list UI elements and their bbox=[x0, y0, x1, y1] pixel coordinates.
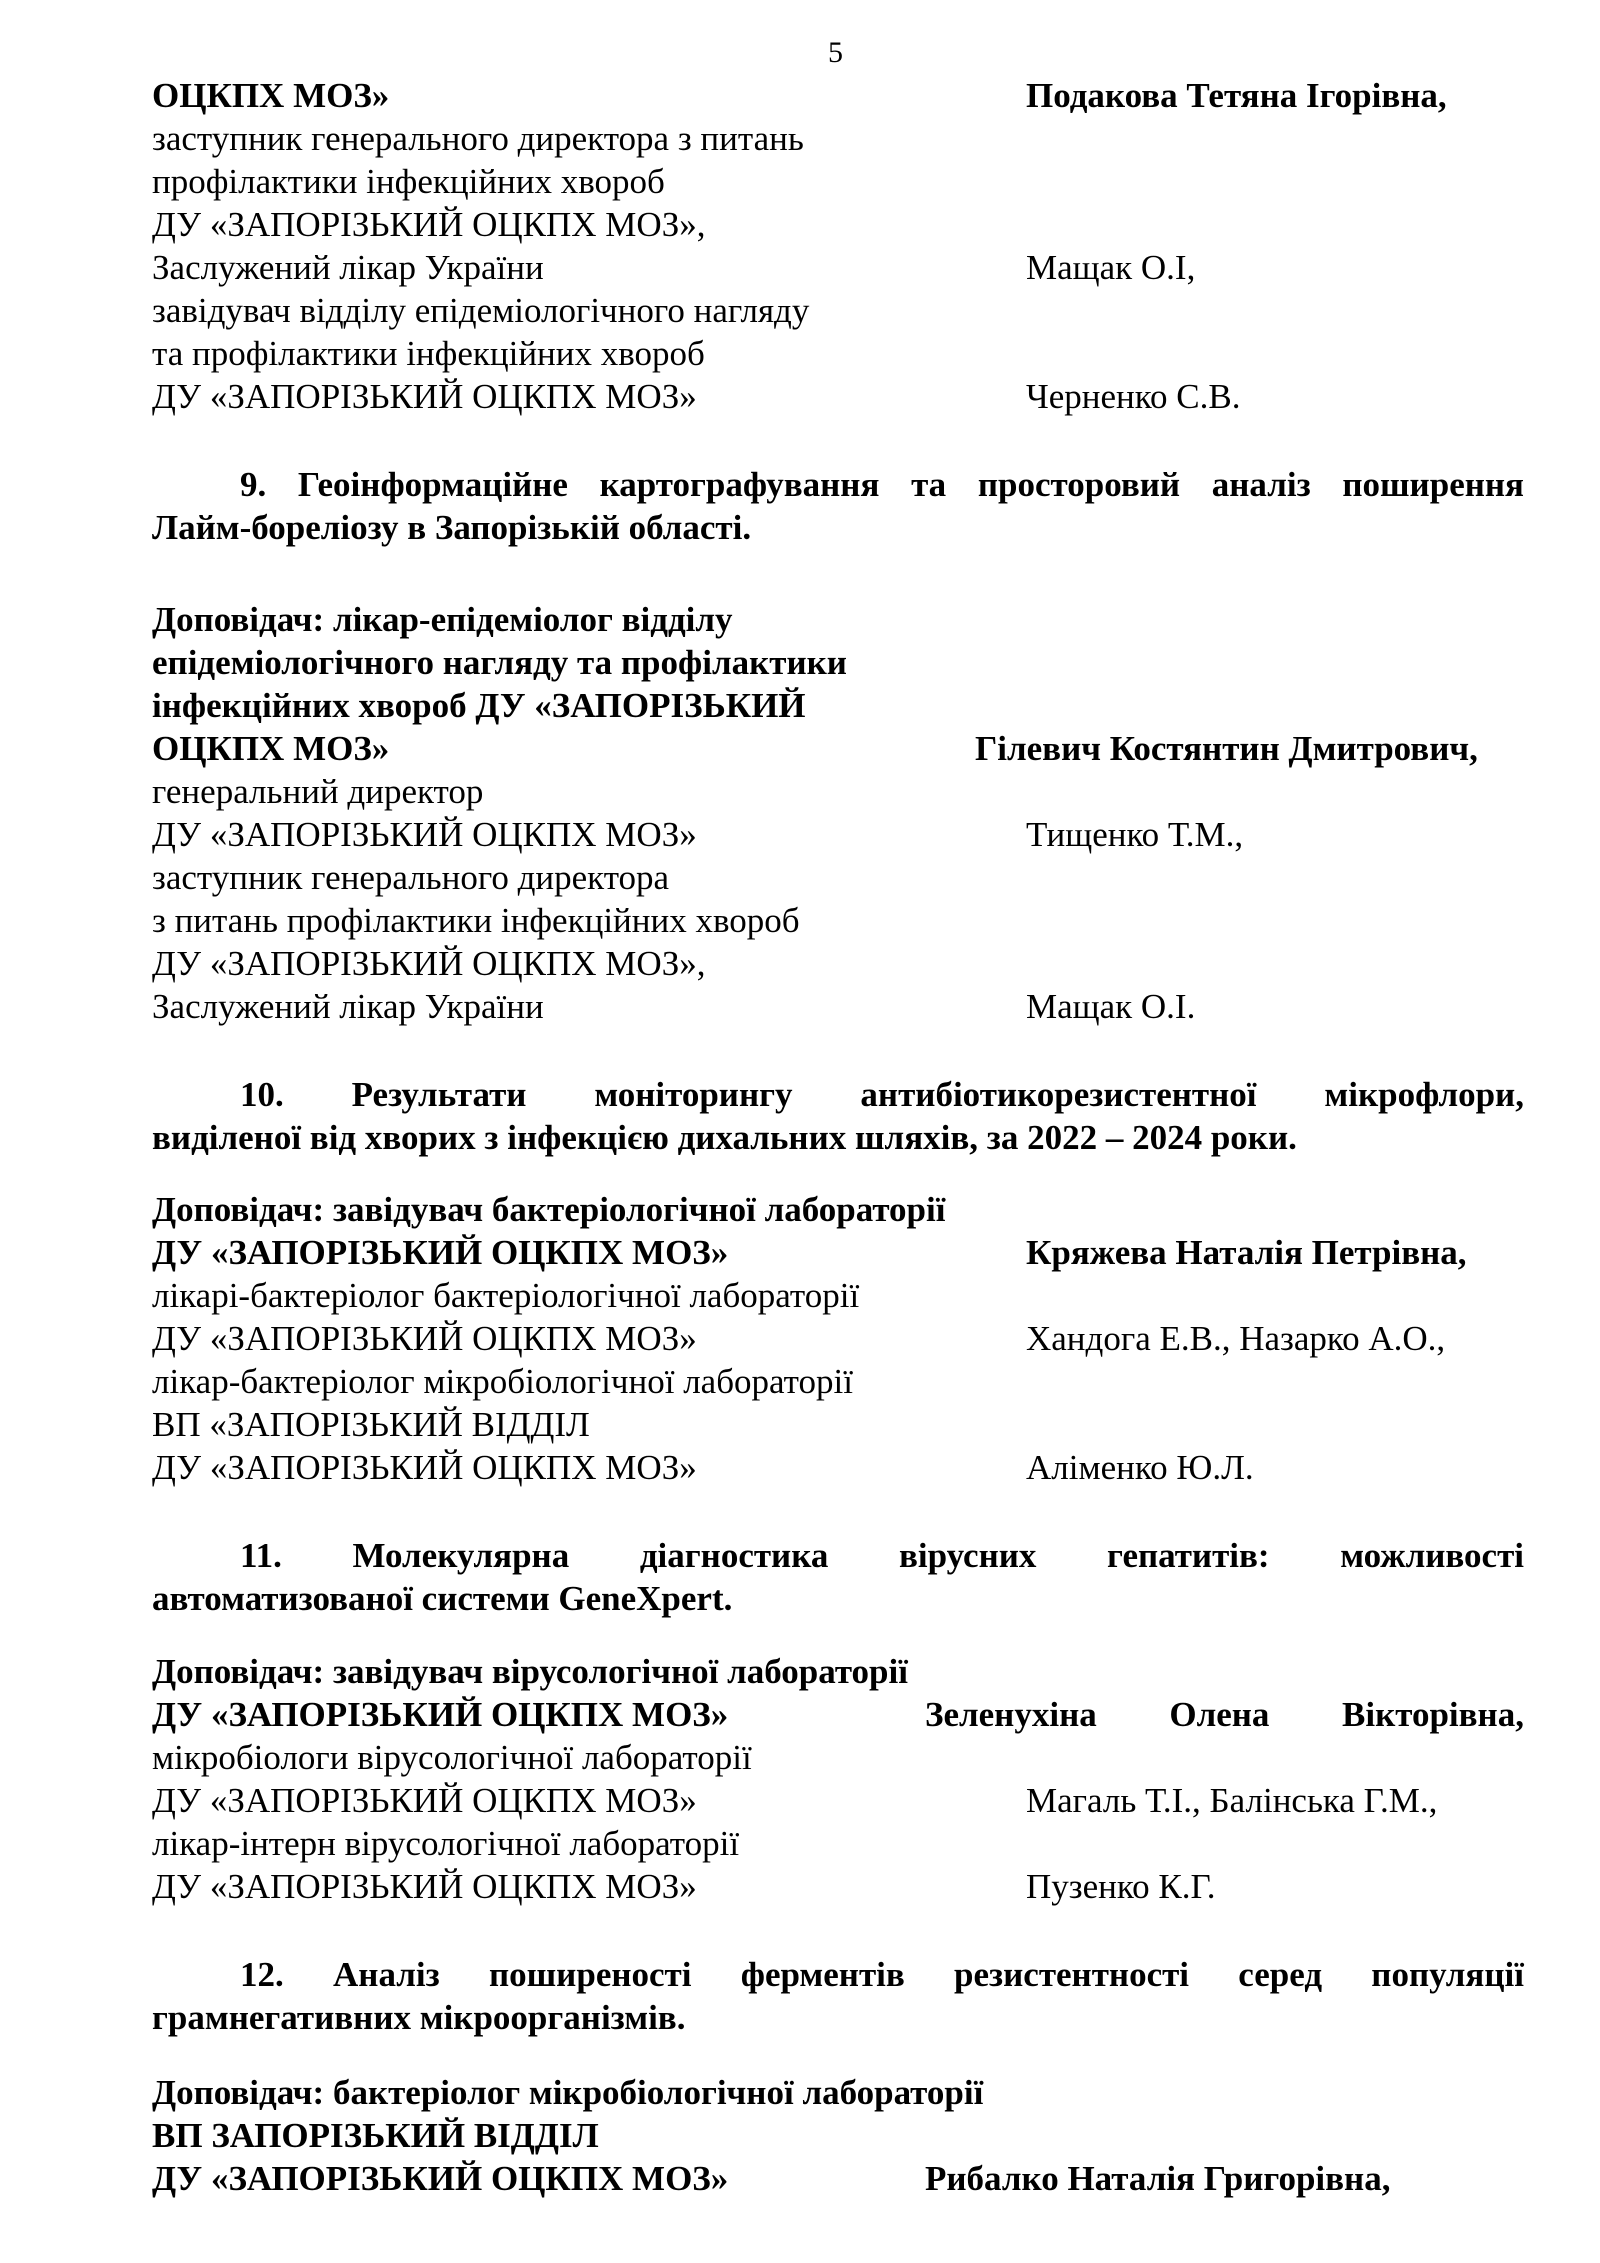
line: ДУ «ЗАПОРІЗЬКИЙ ОЦКПХ МОЗ» Хандога Е.В.,… bbox=[152, 1317, 1524, 1360]
line: генеральний директор bbox=[152, 770, 1524, 813]
line: ДУ «ЗАПОРІЗЬКИЙ ОЦКПХ МОЗ» Кряжева Натал… bbox=[152, 1231, 1524, 1274]
line: Доповідач: бактеріолог мікробіологічної … bbox=[152, 2071, 1524, 2114]
item-title-line2: виділеної від хворих з інфекцією дихальн… bbox=[152, 1116, 1524, 1159]
title-word: вірусних bbox=[899, 1534, 1036, 1577]
role: профілактики інфекційних хвороб bbox=[152, 160, 665, 203]
line: ДУ «ЗАПОРІЗЬКИЙ ОЦКПХ МОЗ» Аліменко Ю.Л. bbox=[152, 1446, 1524, 1489]
title-word: антибіотикорезистентної bbox=[860, 1073, 1256, 1116]
item-number: 12. bbox=[240, 1953, 284, 1996]
line: ДУ «ЗАПОРІЗЬКИЙ ОЦКПХ МОЗ», bbox=[152, 203, 1524, 246]
line: Доповідач: лікар-епідеміолог відділу bbox=[152, 598, 1524, 641]
line: з питань профілактики інфекційних хвороб bbox=[152, 899, 1524, 942]
role: лікар-бактеріолог мікробіологічної лабор… bbox=[152, 1360, 853, 1403]
title-word: картографування bbox=[600, 463, 880, 506]
organization: ДУ «ЗАПОРІЗЬКИЙ ОЦКПХ МОЗ», bbox=[152, 942, 705, 985]
title-word: Аналіз bbox=[333, 1953, 440, 1996]
organization: ДУ «ЗАПОРІЗЬКИЙ ОЦКПХ МОЗ» bbox=[152, 1779, 697, 1822]
role: заступник генерального директора з питан… bbox=[152, 117, 804, 160]
speaker-name: Подакова Тетяна Ігорівна, bbox=[1026, 74, 1447, 117]
line: ДУ «ЗАПОРІЗЬКИЙ ОЦКПХ МОЗ» Черненко С.В. bbox=[152, 375, 1524, 418]
title-text: виділеної від хворих з інфекцією дихальн… bbox=[152, 1116, 1297, 1159]
line: Доповідач: завідувач вірусологічної лабо… bbox=[152, 1650, 1524, 1693]
item-number: 9. bbox=[240, 463, 266, 506]
organization: ВП «ЗАПОРІЗЬКИЙ ВІДДІЛ bbox=[152, 1403, 590, 1446]
co-speaker-name: Черненко С.В. bbox=[1026, 375, 1240, 418]
line: ДУ «ЗАПОРІЗЬКИЙ ОЦКПХ МОЗ» Тищенко Т.М., bbox=[152, 813, 1524, 856]
organization: ВП ЗАПОРІЗЬКИЙ ВІДДІЛ bbox=[152, 2114, 599, 2157]
speaker-label: Доповідач: бактеріолог мікробіологічної … bbox=[152, 2071, 983, 2114]
co-speaker-name: Пузенко К.Г. bbox=[1026, 1865, 1215, 1908]
item-title-line1: 10. Результати моніторингу антибіотикоре… bbox=[152, 1073, 1524, 1116]
name-word: Вікторівна, bbox=[1342, 1693, 1524, 1736]
title-word: моніторингу bbox=[594, 1073, 792, 1116]
line: ВП ЗАПОРІЗЬКИЙ ВІДДІЛ bbox=[152, 2114, 1524, 2157]
line: профілактики інфекційних хвороб bbox=[152, 160, 1524, 203]
item-number: 11. bbox=[240, 1534, 282, 1577]
role: з питань профілактики інфекційних хвороб bbox=[152, 899, 800, 942]
co-speaker-name: Хандога Е.В., Назарко А.О., bbox=[1026, 1317, 1445, 1360]
line: завідувач відділу епідеміологічного нагл… bbox=[152, 289, 1524, 332]
line: ДУ «ЗАПОРІЗЬКИЙ ОЦКПХ МОЗ» Магаль Т.І., … bbox=[152, 1779, 1524, 1822]
line: ВП «ЗАПОРІЗЬКИЙ ВІДДІЛ bbox=[152, 1403, 1524, 1446]
speaker-name: Зеленухіна Олена Вікторівна, bbox=[925, 1693, 1524, 1736]
role: та профілактики інфекційних хвороб bbox=[152, 332, 705, 375]
title-justified: 9. Геоінформаційне картографування та пр… bbox=[152, 463, 1524, 506]
title-word: мікрофлори, bbox=[1324, 1073, 1524, 1116]
page-number: 5 bbox=[828, 36, 843, 70]
line: заступник генерального директора bbox=[152, 856, 1524, 899]
item-title-line1: 9. Геоінформаційне картографування та пр… bbox=[152, 463, 1524, 506]
title-text: автоматизованої системи GeneXpert. bbox=[152, 1577, 732, 1620]
co-speaker-name: Мащак О.І, bbox=[1026, 246, 1195, 289]
speaker-role: епідеміологічного нагляду та профілактик… bbox=[152, 641, 847, 684]
title-text: грамнегативних мікроорганізмів. bbox=[152, 1996, 685, 2039]
title-word: ферментів bbox=[741, 1953, 905, 1996]
item-title-line2: Лайм-бореліозу в Запорізькій області. bbox=[152, 506, 1524, 549]
line: мікробіологи вірусологічної лабораторії bbox=[152, 1736, 1524, 1779]
line: епідеміологічного нагляду та профілактик… bbox=[152, 641, 1524, 684]
role: заступник генерального директора bbox=[152, 856, 669, 899]
item-title-line2: грамнегативних мікроорганізмів. bbox=[152, 1996, 1524, 2039]
co-speaker-name: Аліменко Ю.Л. bbox=[1026, 1446, 1254, 1489]
role: генеральний директор bbox=[152, 770, 483, 813]
title-justified: 10. Результати моніторингу антибіотикоре… bbox=[152, 1073, 1524, 1116]
line: лікар-інтерн вірусологічної лабораторії bbox=[152, 1822, 1524, 1865]
item-title-line1: 11. Молекулярна діагностика вірусних геп… bbox=[152, 1534, 1524, 1577]
title-word: просторовий bbox=[978, 463, 1180, 506]
line: ДУ «ЗАПОРІЗЬКИЙ ОЦКПХ МОЗ», bbox=[152, 942, 1524, 985]
organization: ДУ «ЗАПОРІЗЬКИЙ ОЦКПХ МОЗ» bbox=[152, 2157, 728, 2200]
organization: ДУ «ЗАПОРІЗЬКИЙ ОЦКПХ МОЗ» bbox=[152, 813, 697, 856]
co-speaker-name: Магаль Т.І., Балінська Г.М., bbox=[1026, 1779, 1437, 1822]
organization: ДУ «ЗАПОРІЗЬКИЙ ОЦКПХ МОЗ» bbox=[152, 1865, 697, 1908]
organization: ДУ «ЗАПОРІЗЬКИЙ ОЦКПХ МОЗ» bbox=[152, 375, 697, 418]
line: ОЦКПХ МОЗ» Подакова Тетяна Ігорівна, bbox=[152, 74, 1524, 117]
item-title-line2: автоматизованої системи GeneXpert. bbox=[152, 1577, 1524, 1620]
name-word: Зеленухіна bbox=[925, 1693, 1097, 1736]
line: ДУ «ЗАПОРІЗЬКИЙ ОЦКПХ МОЗ» Зеленухіна Ол… bbox=[152, 1693, 1524, 1736]
title-word: Результати bbox=[352, 1073, 527, 1116]
speaker-label: Доповідач: лікар-епідеміолог відділу bbox=[152, 598, 733, 641]
speaker-name: Рибалко Наталія Григорівна, bbox=[925, 2157, 1390, 2200]
title-justified: 12. Аналіз поширеності ферментів резисте… bbox=[152, 1953, 1524, 1996]
title-word: гепатитів: bbox=[1107, 1534, 1270, 1577]
line: ОЦКПХ МОЗ» Гілевич Костянтин Дмитрович, bbox=[152, 727, 1524, 770]
line: ДУ «ЗАПОРІЗЬКИЙ ОЦКПХ МОЗ» Рибалко Натал… bbox=[152, 2157, 1524, 2200]
role: лікар-інтерн вірусологічної лабораторії bbox=[152, 1822, 739, 1865]
title-word: Молекулярна bbox=[352, 1534, 569, 1577]
title: Заслужений лікар України bbox=[152, 985, 544, 1028]
organization: ДУ «ЗАПОРІЗЬКИЙ ОЦКПХ МОЗ» bbox=[152, 1317, 697, 1360]
line: ДУ «ЗАПОРІЗЬКИЙ ОЦКПХ МОЗ» Пузенко К.Г. bbox=[152, 1865, 1524, 1908]
item-number: 10. bbox=[240, 1073, 284, 1116]
role: мікробіологи вірусологічної лабораторії bbox=[152, 1736, 752, 1779]
name-word: Олена bbox=[1169, 1693, 1269, 1736]
role: лікарі-бактеріолог бактеріологічної лабо… bbox=[152, 1274, 859, 1317]
line: Доповідач: завідувач бактеріологічної ла… bbox=[152, 1188, 1524, 1231]
organization: ДУ «ЗАПОРІЗЬКИЙ ОЦКПХ МОЗ», bbox=[152, 203, 705, 246]
title-word: та bbox=[911, 463, 946, 506]
line: та профілактики інфекційних хвороб bbox=[152, 332, 1524, 375]
role: завідувач відділу епідеміологічного нагл… bbox=[152, 289, 809, 332]
title: Заслужений лікар України bbox=[152, 246, 544, 289]
title-justified: 11. Молекулярна діагностика вірусних геп… bbox=[152, 1534, 1524, 1577]
title-word: популяції bbox=[1371, 1953, 1524, 1996]
organization: ДУ «ЗАПОРІЗЬКИЙ ОЦКПХ МОЗ» bbox=[152, 1446, 697, 1489]
line: лікар-бактеріолог мікробіологічної лабор… bbox=[152, 1360, 1524, 1403]
title-word: серед bbox=[1238, 1953, 1322, 1996]
speaker-label: Доповідач: завідувач вірусологічної лабо… bbox=[152, 1650, 908, 1693]
title-word: резистентності bbox=[954, 1953, 1189, 1996]
title-word: можливості bbox=[1340, 1534, 1524, 1577]
title-word: аналіз bbox=[1212, 463, 1311, 506]
line: інфекційних хвороб ДУ «ЗАПОРІЗЬКИЙ bbox=[152, 684, 1524, 727]
speaker-role: інфекційних хвороб ДУ «ЗАПОРІЗЬКИЙ bbox=[152, 684, 806, 727]
organization: ОЦКПХ МОЗ» bbox=[152, 727, 389, 770]
line: Заслужений лікар України Мащак О.І. bbox=[152, 985, 1524, 1028]
organization: ДУ «ЗАПОРІЗЬКИЙ ОЦКПХ МОЗ» bbox=[152, 1231, 728, 1274]
speaker-name: Кряжева Наталія Петрівна, bbox=[1026, 1231, 1467, 1274]
item-title-line1: 12. Аналіз поширеності ферментів резисте… bbox=[152, 1953, 1524, 1996]
line: лікарі-бактеріолог бактеріологічної лабо… bbox=[152, 1274, 1524, 1317]
title-text: Лайм-бореліозу в Запорізькій області. bbox=[152, 506, 751, 549]
organization: ДУ «ЗАПОРІЗЬКИЙ ОЦКПХ МОЗ» bbox=[152, 1693, 728, 1736]
line: Заслужений лікар України Мащак О.І, bbox=[152, 246, 1524, 289]
title-word: поширення bbox=[1342, 463, 1524, 506]
title-word: Геоінформаційне bbox=[298, 463, 568, 506]
speaker-label: Доповідач: завідувач бактеріологічної ла… bbox=[152, 1188, 945, 1231]
co-speaker-name: Тищенко Т.М., bbox=[1026, 813, 1243, 856]
speaker-name: Гілевич Костянтин Дмитрович, bbox=[975, 727, 1478, 770]
co-speaker-name: Мащак О.І. bbox=[1026, 985, 1195, 1028]
line: заступник генерального директора з питан… bbox=[152, 117, 1524, 160]
title-word: діагностика bbox=[640, 1534, 829, 1577]
organization: ОЦКПХ МОЗ» bbox=[152, 74, 389, 117]
title-word: поширеності bbox=[489, 1953, 692, 1996]
